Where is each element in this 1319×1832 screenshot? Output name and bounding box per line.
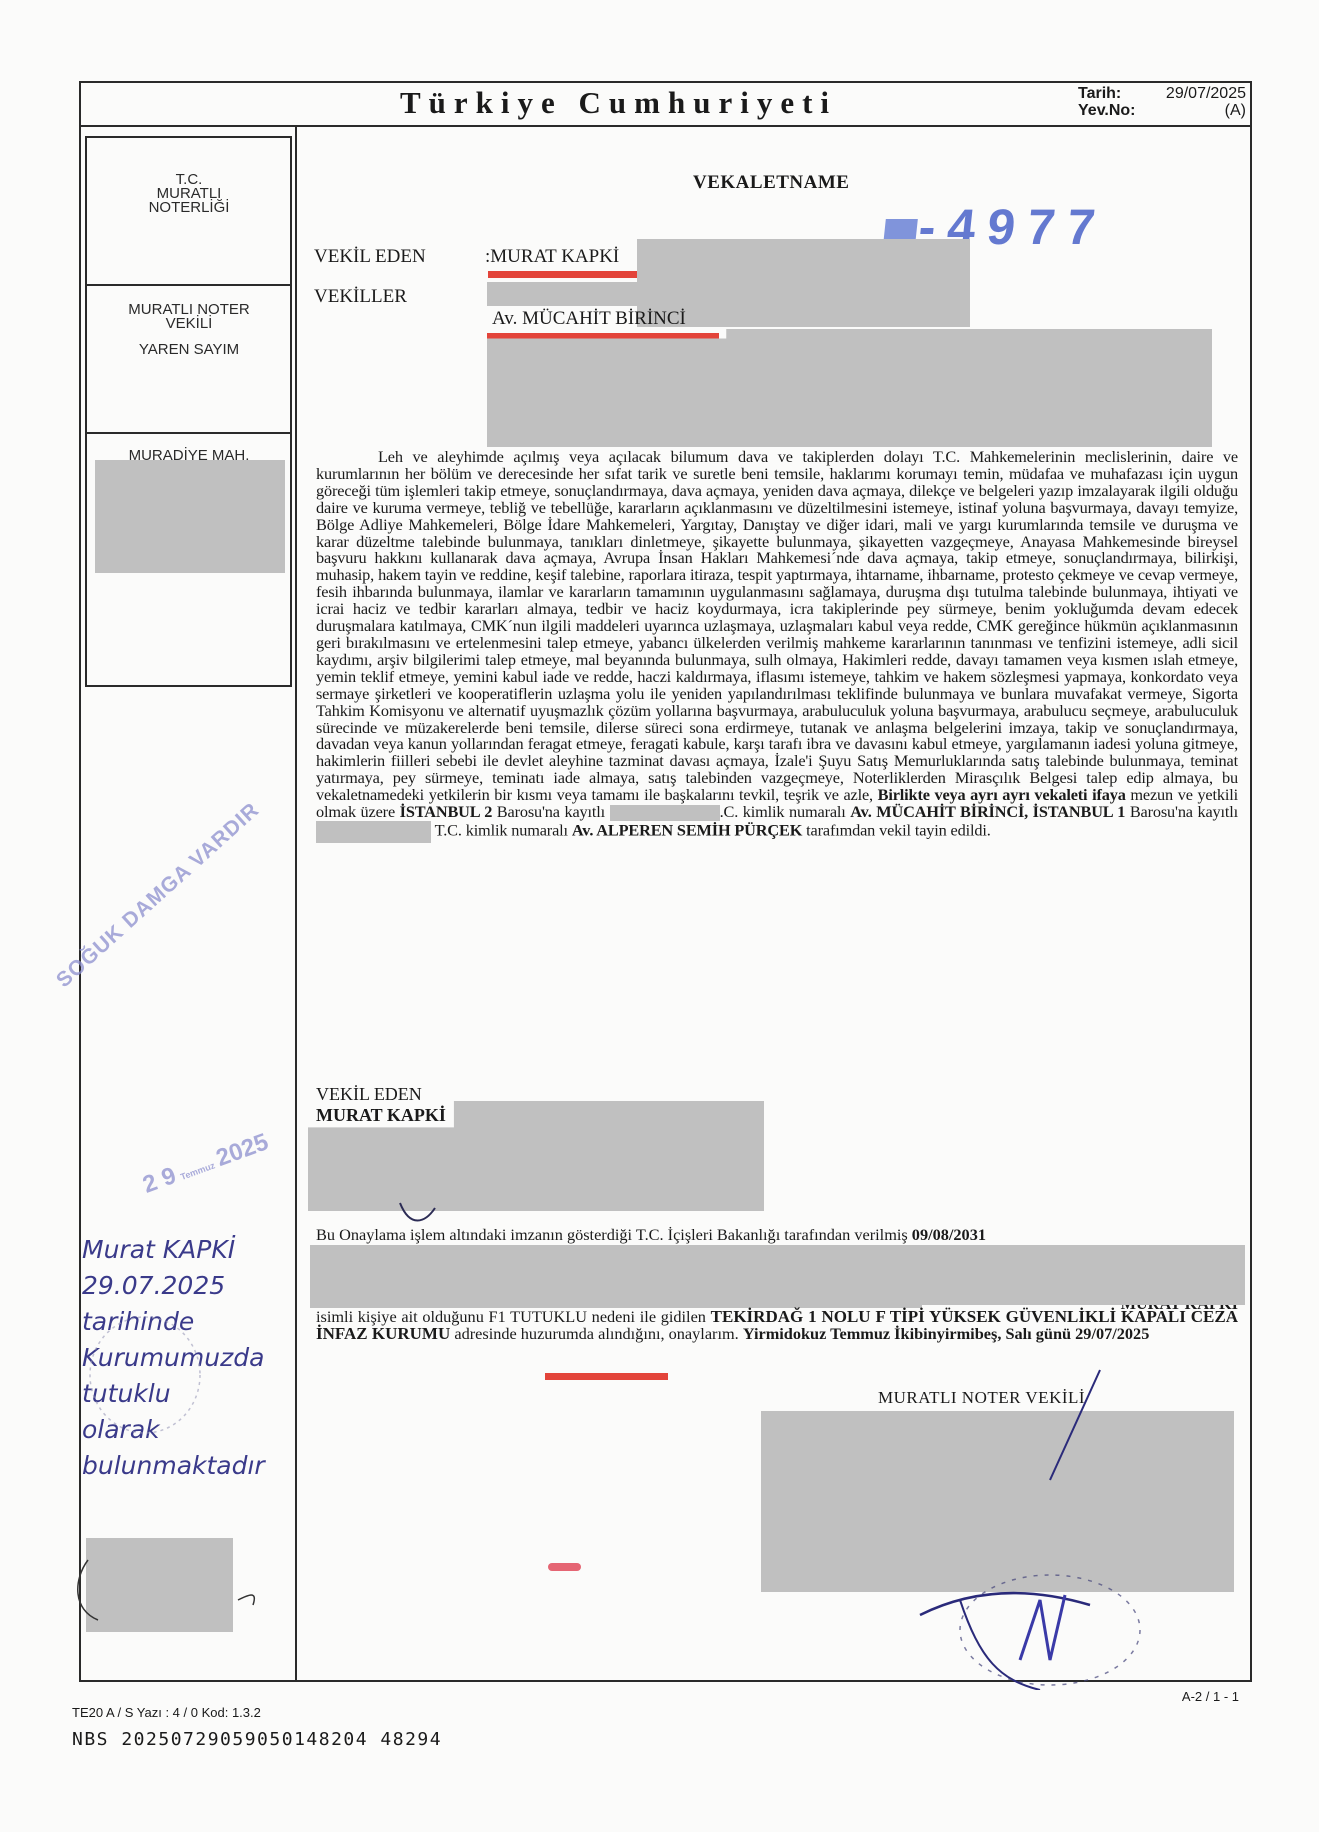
body-text: Leh ve aleyhimde açılmış veya açılacak b… bbox=[316, 447, 1238, 804]
date-value: 29/07/2025 bbox=[1166, 85, 1246, 102]
stamp-year: 2025 bbox=[213, 1128, 272, 1172]
underline-approval-date bbox=[545, 1373, 668, 1380]
stamp-day: 2 9 bbox=[139, 1162, 180, 1199]
signature-label: VEKİL EDEN bbox=[316, 1084, 422, 1105]
yevno-label: Yev.No: bbox=[1078, 102, 1136, 119]
redacted-address bbox=[95, 460, 285, 573]
bar-association-1: İSTANBUL 2 bbox=[400, 802, 493, 821]
body-text: T.C. kimlik numaralı bbox=[435, 821, 568, 840]
form-code: TE20 A / S Yazı : 4 / 0 Kod: 1.3.2 bbox=[72, 1705, 261, 1720]
date-label: Tarih: bbox=[1078, 85, 1121, 102]
institution-seal-faint bbox=[85, 1310, 205, 1440]
body-text: .C. kimlik numaralı bbox=[720, 802, 846, 821]
approval-text: Bu Onaylama işlem altındaki imzanın göst… bbox=[316, 1225, 908, 1244]
header-divider bbox=[79, 125, 1252, 127]
bar-association-2: İSTANBUL 1 bbox=[1033, 802, 1126, 821]
document-title: Türkiye Cumhuriyeti bbox=[400, 85, 837, 121]
attorney-2-full: Av. ALPEREN SEMİH PÜRÇEK bbox=[572, 821, 802, 840]
id-expiry-date: 09/08/2031 bbox=[912, 1225, 986, 1244]
notary-seal-and-signature bbox=[900, 1360, 1150, 1690]
office-line-3: NOTERLİĞİ bbox=[87, 201, 291, 215]
body-text: Barosu'na kayıtlı bbox=[1130, 802, 1238, 821]
outer-frame-left bbox=[79, 81, 81, 1681]
cold-stamp-text: SOĞUK DAMGA VARDIR bbox=[52, 798, 264, 993]
approval-body: isimli kişiye ait olduğunu F1 TUTUKLU ne… bbox=[316, 1308, 1238, 1342]
left-box-divider-2 bbox=[85, 432, 292, 434]
left-box-left bbox=[85, 136, 87, 686]
header-meta: Tarih: 29/07/2025 Yev.No: (A) bbox=[1078, 85, 1246, 119]
left-box-bottom bbox=[85, 685, 292, 687]
body-text: Barosu'na kayıtlı bbox=[497, 802, 605, 821]
signature-scribble-left bbox=[68, 1550, 258, 1630]
principal-label: VEKİL EDEN bbox=[314, 246, 426, 268]
attorneys-label: VEKİLLER bbox=[314, 286, 407, 308]
outer-frame-right bbox=[1250, 81, 1252, 1681]
nbs-number: NBS 20250729059050148204 48294 bbox=[72, 1729, 442, 1750]
note-line: Murat KAPKİ bbox=[82, 1232, 302, 1268]
deputy-name: YAREN SAYIM bbox=[87, 343, 291, 357]
note-line: bulunmaktadır bbox=[82, 1448, 302, 1484]
red-pen-mark bbox=[548, 1563, 581, 1571]
deputy-title-line-2: VEKİLİ bbox=[87, 317, 291, 331]
outer-frame-top bbox=[79, 81, 1252, 83]
page-reference: A-2 / 1 - 1 bbox=[1182, 1689, 1239, 1704]
yevno-row: Yev.No: (A) bbox=[1078, 102, 1246, 119]
principal-name: :MURAT KAPKİ bbox=[485, 246, 619, 268]
approval-date: 29/07/2025 bbox=[1075, 1324, 1149, 1343]
notary-office: T.C. MURATLI NOTERLİĞİ bbox=[87, 173, 291, 215]
redacted-attorney-details bbox=[487, 329, 1212, 447]
power-of-attorney-body: Leh ve aleyhimde açılmış veya açılacak b… bbox=[316, 449, 1238, 843]
redacted-id-1 bbox=[610, 805, 720, 821]
document-heading: VEKALETNAME bbox=[693, 172, 849, 194]
notary-deputy: MURATLI NOTER VEKİLİ YAREN SAYIM bbox=[87, 303, 291, 357]
signature-name: MURAT KAPKİ bbox=[316, 1105, 446, 1126]
note-line: 29.07.2025 bbox=[82, 1268, 302, 1304]
approval-date-words: Yirmidokuz Temmuz İkibinyirmibeş, Salı g… bbox=[743, 1324, 1071, 1343]
approval-text: adresinde huzurumda alındığını, onayları… bbox=[454, 1324, 738, 1343]
stamp-month: Temmuz bbox=[179, 1160, 216, 1182]
left-box-top bbox=[85, 136, 292, 138]
attorney-1-name: Av. MÜCAHİT BİRİNCİ bbox=[492, 308, 686, 330]
redacted-attorneys-line bbox=[487, 282, 687, 306]
redacted-approval-details bbox=[310, 1245, 1245, 1305]
stamp-date: 2 9 Temmuz 2025 bbox=[139, 1128, 272, 1199]
attorney-1-full: Av. MÜCAHİT BİRİNCİ, bbox=[850, 802, 1028, 821]
left-box-divider-1 bbox=[85, 284, 292, 286]
redacted-id-2 bbox=[316, 821, 431, 843]
left-box-right bbox=[290, 136, 292, 686]
body-text: tarafımdan vekil tayin edildi. bbox=[806, 821, 990, 840]
underline-principal bbox=[488, 271, 638, 278]
yevno-value: (A) bbox=[1225, 102, 1246, 119]
date-row: Tarih: 29/07/2025 bbox=[1078, 85, 1246, 102]
